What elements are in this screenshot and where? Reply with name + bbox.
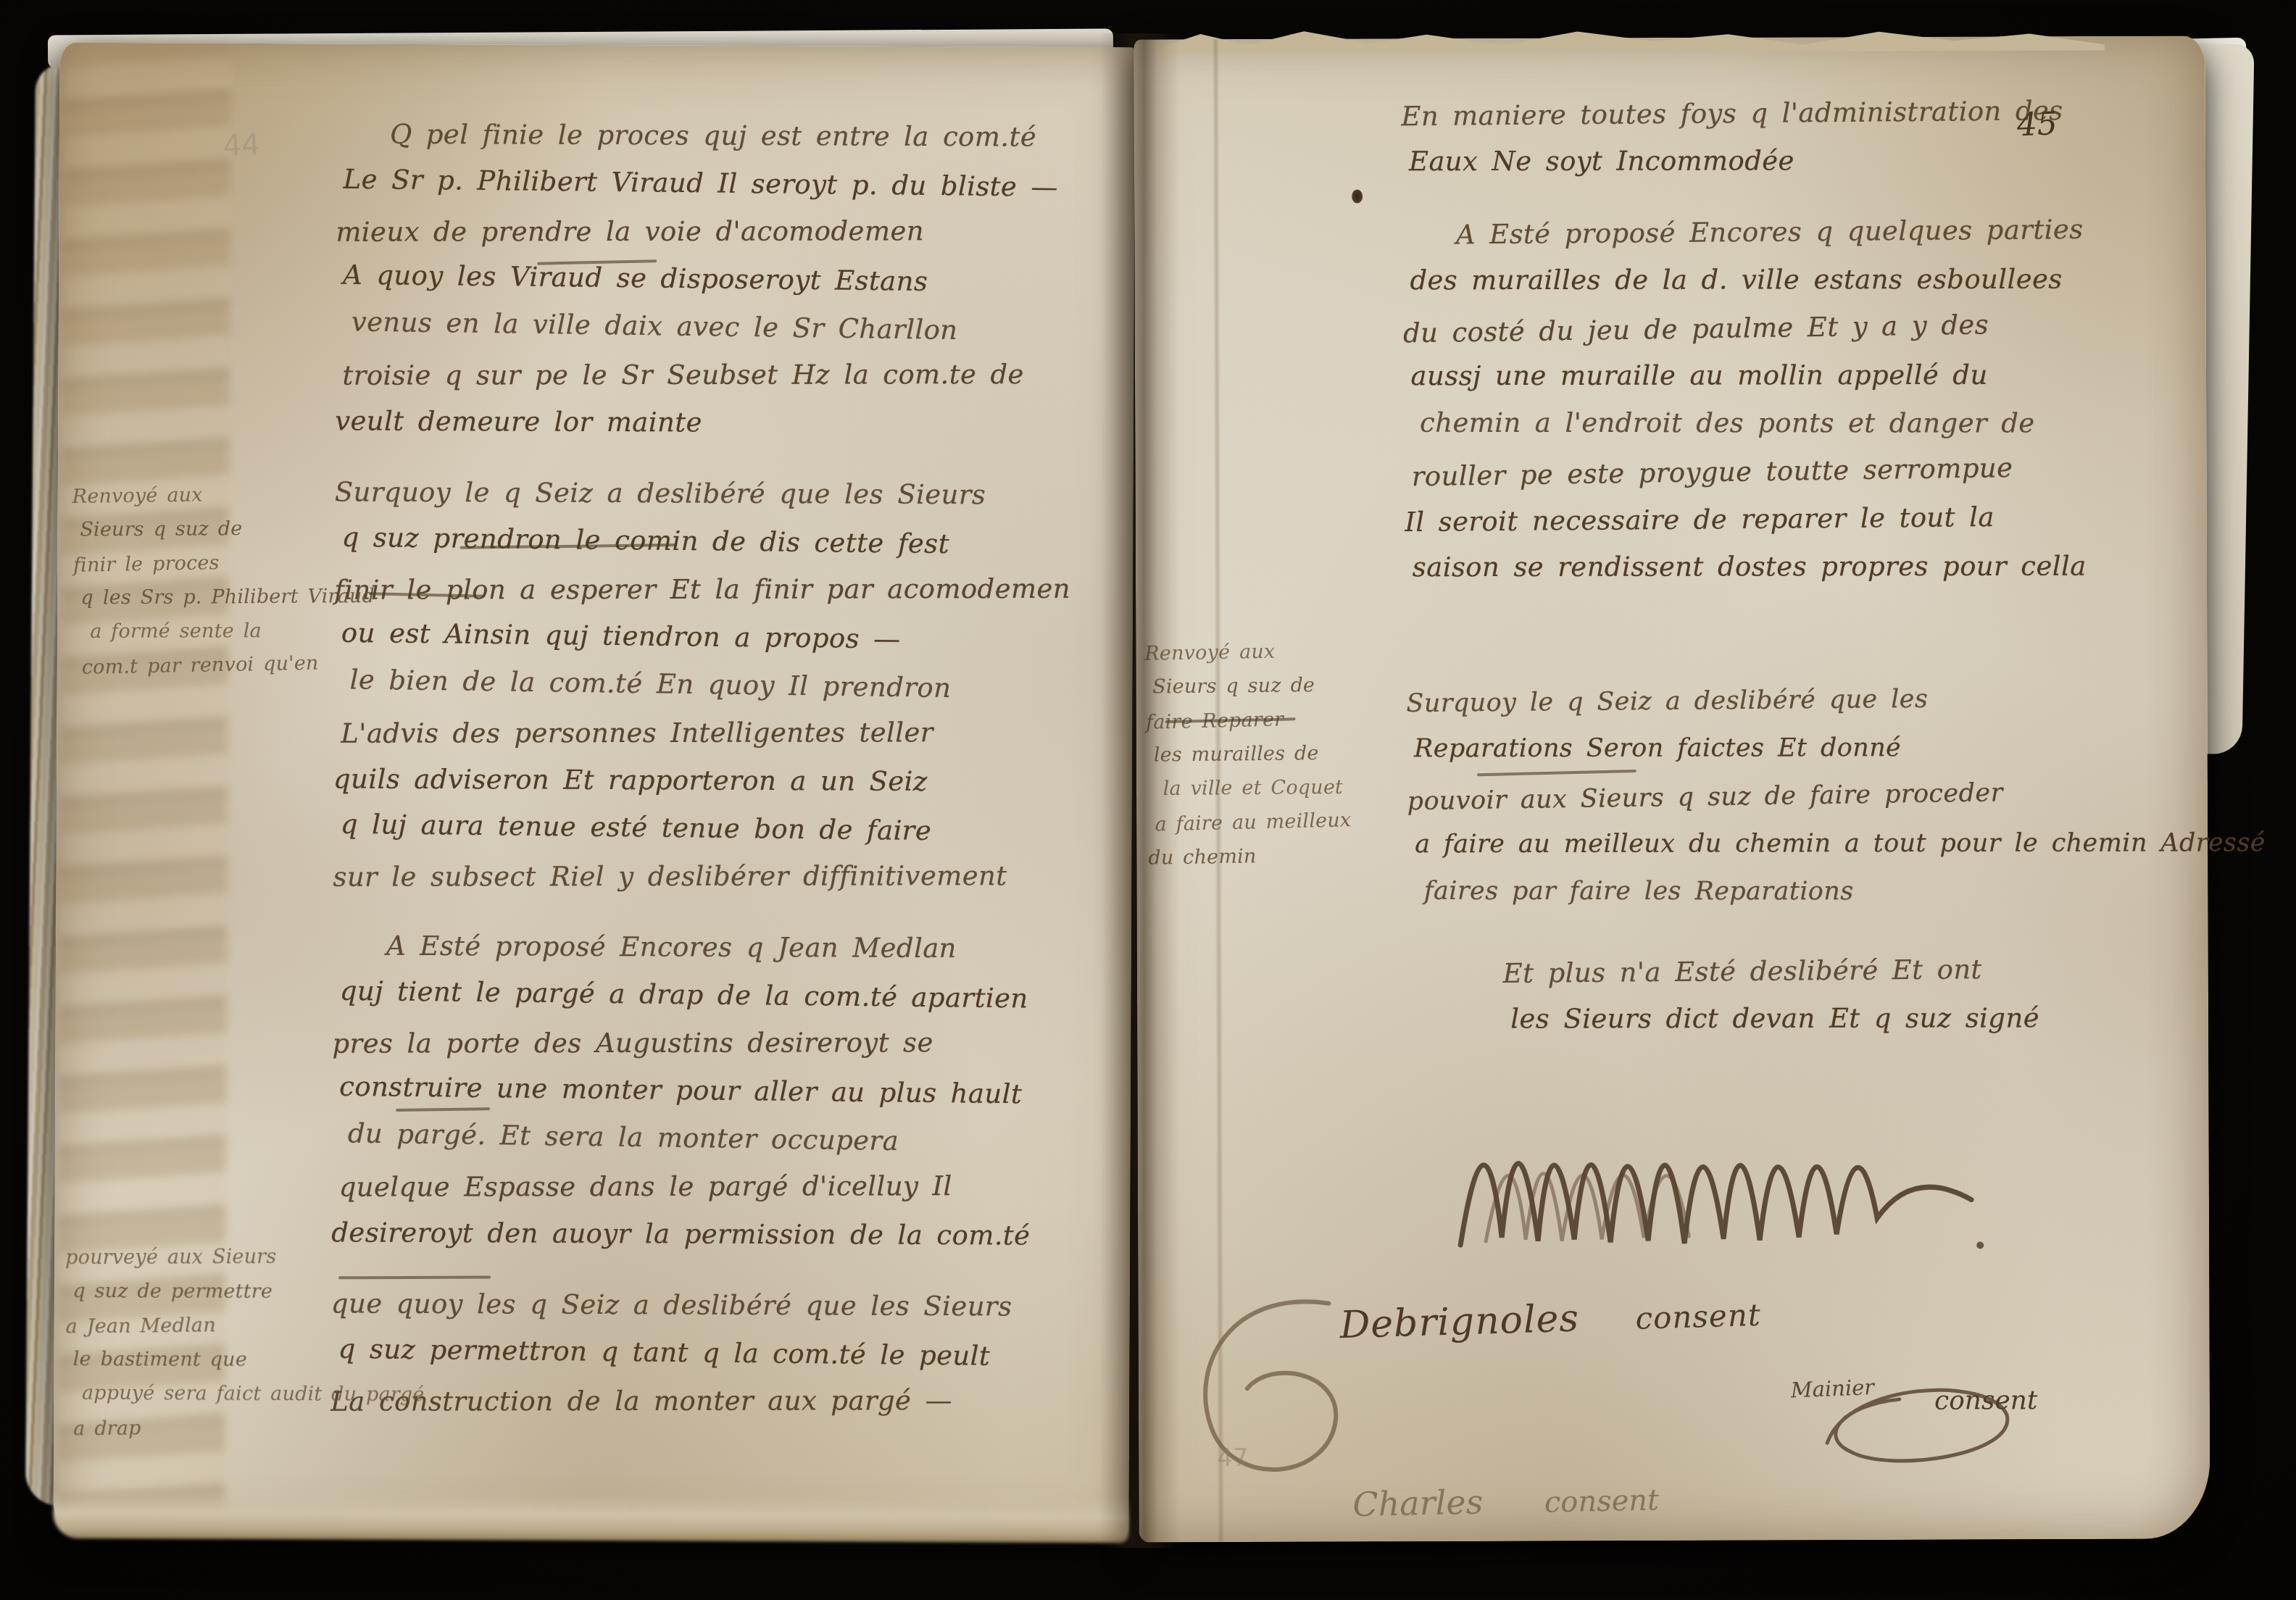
margin-note-line: Sieurs q suz de	[80, 512, 326, 547]
signature-charles: Charles consent	[1352, 1478, 1660, 1524]
manuscript-line: Surquoy le q Seiz a deslibéré que les Si…	[335, 468, 1118, 520]
signature-name: Debrignoles	[1339, 1296, 1580, 1347]
signature-flourish	[1442, 1065, 2008, 1270]
manuscript-photo-stage: 44 Q pel finie le proces quj est entre l…	[0, 0, 2296, 1600]
pencil-folio-44: 44	[222, 128, 261, 163]
margin-note-line: le bastiment que	[73, 1342, 327, 1377]
left-paragraph-3: A Esté proposé Encores q Jean Medlanquj …	[331, 922, 1115, 1260]
margin-note-line: q suz de permettre	[72, 1274, 326, 1309]
manuscript-line: a faire au meilleux du chemin a tout pou…	[1415, 819, 2190, 868]
manuscript-line: mieux de prendre la voie d'acomodemen	[336, 207, 1118, 257]
manuscript-line: Eaux Ne soyt Incommodée	[1409, 136, 2184, 186]
signature-consent-word: consent	[1934, 1386, 2038, 1415]
margin-note-line: les murailles de	[1154, 736, 1386, 772]
manuscript-line: A Esté proposé Encores q quelques partie…	[1456, 205, 2186, 259]
signature-name: Charles	[1352, 1482, 1484, 1524]
manuscript-line: saison se rendissent dostes propres pour…	[1413, 542, 2188, 591]
manuscript-line: En maniere toutes foys q l'administratio…	[1401, 86, 2184, 141]
margin-note-line: Renvoyé aux	[1144, 633, 1384, 671]
manuscript-line: chemin a l'endroit des ponts et danger d…	[1420, 399, 2187, 448]
right-margin-note: Renvoyé auxSieurs q suz defaire Reparerl…	[1144, 633, 1388, 875]
manuscript-line: La construction de la monter aux pargé —	[330, 1377, 1113, 1426]
margin-note-line: Sieurs q suz de	[1152, 667, 1384, 704]
manuscript-line: quelque Espasse dans le pargé d'icelluy …	[339, 1162, 1115, 1212]
left-margin-note-1: Renvoyé auxSieurs q suz definir le proce…	[72, 476, 328, 684]
manuscript-line: quils adviseron Et rapporteron a un Seiz	[333, 755, 1116, 807]
manuscript-line: q luj aura tenue esté tenue bon de faire	[340, 801, 1116, 857]
signature-debrignoles: Debrignoles consent	[1339, 1291, 1762, 1347]
manuscript-line: desireroyt den auoyr la permission de la…	[331, 1209, 1114, 1260]
margin-note-line: finir le proces	[73, 543, 328, 583]
manuscript-line: finir le plon a esperer Et la finir par …	[334, 565, 1117, 614]
manuscript-page-right: 45 En maniere toutes foys q l'administra…	[1134, 36, 2210, 1542]
manuscript-line: Q pel finie le proces quj est entre la c…	[390, 111, 1119, 162]
margin-note-line: a formé sente la	[90, 614, 328, 649]
left-paragraph-4: que quoy les q Seiz a deslibéré que les …	[330, 1280, 1114, 1427]
manuscript-line: aussj une muraille au mollin appellé du	[1410, 351, 2186, 400]
margin-note-line: a faire au meilleux	[1155, 802, 1387, 842]
manuscript-line: Reparations Seron faictes Et donné	[1414, 723, 2189, 772]
manuscript-line: faires par faire les Reparations	[1424, 867, 2191, 916]
signature-consent-word: consent	[1635, 1297, 1762, 1336]
manuscript-line: pres la porte des Augustins desireroyt s…	[332, 1019, 1115, 1068]
left-margin-note-2: pourveyé aux Sieursq suz de permettrea J…	[65, 1240, 327, 1446]
manuscript-line: Surquoy le q Seiz a deslibéré que les	[1406, 673, 2189, 728]
right-main-text: En maniere toutes foys q l'administratio…	[1401, 86, 2192, 1070]
manuscript-line: pouvoir aux Sieurs q suz de faire proced…	[1407, 766, 2190, 825]
right-closing: Et plus n'a Esté deslibéré Et ontles Sie…	[1502, 944, 2192, 1046]
margin-note-line: pourveyé aux Sieurs	[65, 1240, 326, 1275]
right-heading: En maniere toutes foys q l'administratio…	[1401, 86, 2184, 188]
left-main-text: Q pel finie le proces quj est entre la c…	[330, 110, 1119, 1450]
manuscript-line: troisie q sur pe le Sr Seubset Hz la com…	[342, 351, 1118, 400]
manuscript-line: q suz prendron le comin de dis cette fes…	[341, 514, 1118, 570]
right-paragraph-2: Surquoy le q Seiz a deslibéré que lesRep…	[1406, 673, 2191, 919]
charles-flourish	[1180, 1278, 1369, 1517]
manuscript-line: sur le subsect Riel y deslibérer diffini…	[333, 852, 1115, 901]
manuscript-line: A Esté proposé Encores q Jean Medlan	[386, 922, 1115, 973]
margin-note-line: a Jean Medlan	[65, 1307, 326, 1344]
margin-note-line: appuyé sera faict audit du pargé	[82, 1376, 327, 1412]
manuscript-line: veult demeure lor mainte	[335, 397, 1118, 449]
signature-consent-word: consent	[1544, 1483, 1659, 1519]
margin-note-line: Renvoyé aux	[72, 476, 326, 514]
signature-consent-2: consent	[1934, 1386, 2038, 1415]
manuscript-page-left: 44 Q pel finie le proces quj est entre l…	[54, 43, 1136, 1538]
margin-note-line: q les Srs p. Philibert Viraud	[80, 580, 327, 615]
torn-top-edge	[1162, 26, 2105, 54]
manuscript-line: du costé du jeu de paulme Et y a y des	[1403, 298, 2187, 357]
manuscript-line: L'advis des personnes Intelligentes tell…	[341, 709, 1116, 758]
manuscript-line: du pargé. Et sera la monter occupera	[347, 1109, 1115, 1168]
left-paragraph-2: Surquoy le q Seiz a deslibéré que les Si…	[333, 468, 1118, 902]
manuscript-line: Et plus n'a Esté deslibéré Et ont	[1502, 944, 2192, 998]
manuscript-line: q suz permettron q tant q la com.té le p…	[338, 1325, 1114, 1382]
manuscript-line: quj tient le pargé a drap de la com.té a…	[339, 967, 1115, 1024]
left-paragraph-1: Q pel finie le proces quj est entre la c…	[335, 110, 1119, 449]
pencil-folio-47: 47	[1217, 1443, 1248, 1472]
ink-dot	[1352, 189, 1363, 203]
margin-note-line: la ville et Coquet	[1162, 770, 1386, 806]
right-paragraph-1: A Esté proposé Encores q quelques partie…	[1402, 205, 2189, 594]
margin-note-line: com.t par renvoi qu'en	[81, 646, 328, 685]
gutter-shadow	[1100, 33, 1180, 1548]
manuscript-line: venus en la ville daix avec le Sr Charll…	[351, 298, 1118, 357]
manuscript-line: le bien de la com.té En quoy Il prendron	[349, 656, 1117, 714]
manuscript-line: Il seroit necessaire de reparer le tout …	[1405, 492, 2188, 546]
manuscript-line: que quoy les q Seiz a deslibéré que les …	[331, 1280, 1114, 1331]
deckle-edge-bottom	[53, 1492, 1128, 1543]
manuscript-line: les Sieurs dict devan Et q suz signé	[1510, 994, 2192, 1043]
manuscript-line: Le Sr p. Philibert Viraud Il seroyt p. d…	[343, 156, 1119, 212]
manuscript-line: des murailles de la d. ville estans esbo…	[1410, 255, 2185, 304]
margin-note-line: du chemin	[1148, 837, 1388, 875]
manuscript-line: rouller pe este proygue toutte serrompue	[1411, 441, 2187, 501]
margin-note-line: a drap	[73, 1409, 327, 1446]
